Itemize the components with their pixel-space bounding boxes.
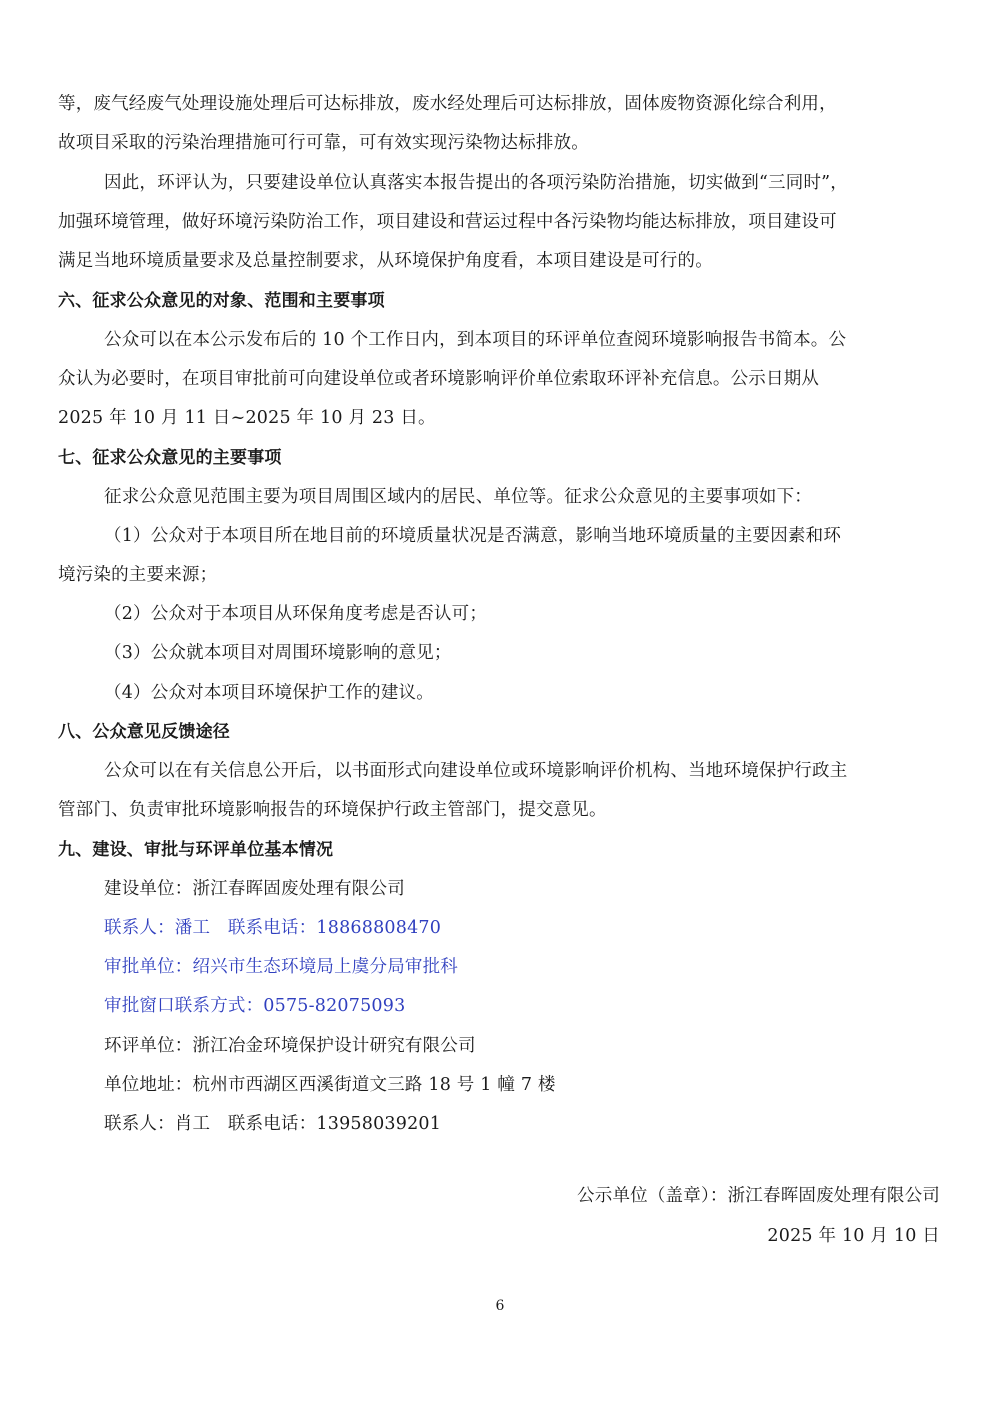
construction-contact: 联系人：潘工 联系电话：18868808470 [104,916,441,940]
eia-address: 单位地址：杭州市西湖区西溪街道文三路 18 号 1 幢 7 楼 [104,1073,556,1097]
conclusion-line-4: 加强环境管理，做好环境污染防治工作，项目建设和营运过程中各污染物均能达标排放，项… [58,210,837,234]
construction-unit: 建设单位：浙江春晖固废处理有限公司 [104,877,405,901]
section-7-heading: 七、征求公众意见的主要事项 [58,446,282,470]
section-8-line-2: 管部门、负责审批环境影响报告的环境保护行政主管部门，提交意见。 [58,798,607,822]
conclusion-line-2: 故项目采取的污染治理措施可行可靠，可有效实现污染物达标排放。 [58,131,589,155]
eia-unit: 环评单位：浙江冶金环境保护设计研究有限公司 [104,1034,476,1058]
section-7-intro: 征求公众意见范围主要为项目周围区域内的居民、单位等。征求公众意见的主要事项如下： [104,485,812,509]
section-8-line-1: 公众可以在有关信息公开后，以书面形式向建设单位或环境影响评价机构、当地环境保护行… [104,759,847,783]
section-7-item-1-cont: 境污染的主要来源； [58,563,217,587]
section-6-line-1: 公众可以在本公示发布后的 10 个工作日内，到本项目的环评单位查阅环境影响报告书… [104,328,846,352]
eia-contact: 联系人：肖工 联系电话：13958039201 [104,1112,441,1136]
conclusion-line-1: 等，废气经废气处理设施处理后可达标排放，废水经处理后可达标排放，固体废物资源化综… [58,92,837,116]
publication-date: 2025 年 10 月 10 日 [767,1224,940,1248]
document-page: 等，废气经废气处理设施处理后可达标排放，废水经处理后可达标排放，固体废物资源化综… [0,0,1000,1414]
page-number: 6 [0,1298,1000,1314]
publisher-signature: 公示单位（盖章）：浙江春晖固废处理有限公司 [577,1184,940,1208]
section-6-heading: 六、征求公众意见的对象、范围和主要事项 [58,289,385,313]
conclusion-line-3: 因此，环评认为，只要建设单位认真落实本报告提出的各项污染防治措施，切实做到“三同… [104,171,848,195]
conclusion-line-5: 满足当地环境质量要求及总量控制要求，从环境保护角度看，本项目建设是可行的。 [58,249,713,273]
approval-unit: 审批单位：绍兴市生态环境局上虞分局审批科 [104,955,458,979]
section-7-item-1: （1）公众对于本项目所在地目前的环境质量状况是否满意，影响当地环境质量的主要因素… [104,524,841,548]
approval-window-contact: 审批窗口联系方式：0575-82075093 [104,994,405,1018]
section-6-line-3: 2025 年 10 月 11 日~2025 年 10 月 23 日。 [58,406,436,430]
section-6-line-2: 众认为必要时，在项目审批前可向建设单位或者环境影响评价单位索取环评补充信息。公示… [58,367,819,391]
section-8-heading: 八、公众意见反馈途径 [58,720,230,744]
section-9-heading: 九、建设、审批与环评单位基本情况 [58,838,333,862]
section-7-item-3: （3）公众就本项目对周围环境影响的意见； [104,641,452,665]
section-7-item-4: （4）公众对本项目环境保护工作的建议。 [104,681,434,705]
section-7-item-2: （2）公众对于本项目从环保角度考虑是否认可； [104,602,487,626]
